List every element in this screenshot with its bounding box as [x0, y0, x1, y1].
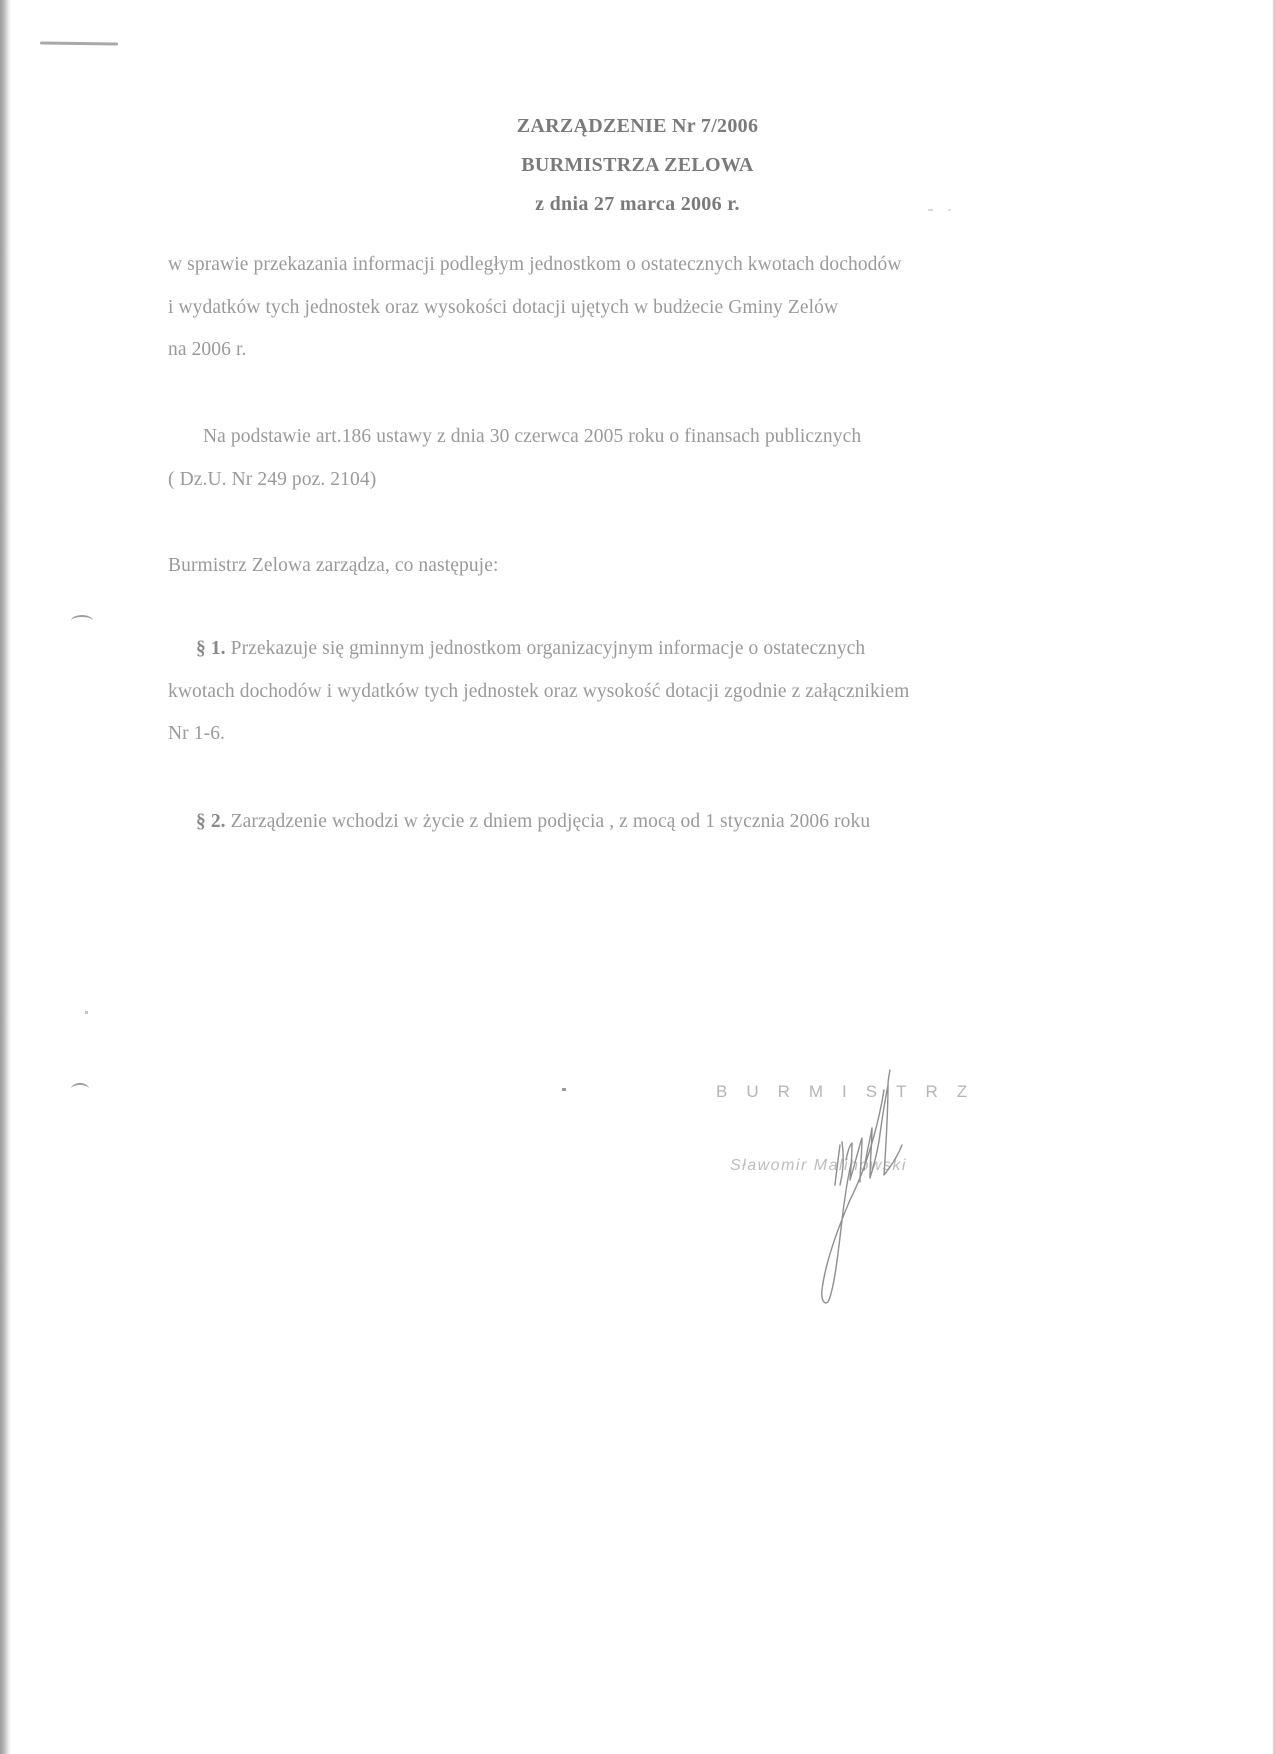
scan-speck [85, 1011, 88, 1014]
signature-icon [780, 1050, 960, 1310]
scan-edge-left [0, 0, 11, 1754]
subject-line: i wydatków tych jednostek oraz wysokości… [168, 297, 838, 319]
document-issuer: BURMISTRZA ZELOWA [0, 146, 1275, 185]
paragraph-1-line: § 1. Przekazuje się gminnym jednostkom o… [196, 638, 865, 660]
document-date: z dnia 27 marca 2006 r. [0, 185, 1275, 224]
paragraph-1-line: Nr 1-6. [168, 723, 225, 745]
paragraph-2-line: § 2. Zarządzenie wchodzi w życie z dniem… [196, 811, 870, 833]
punch-hole-mark [71, 615, 93, 627]
paragraph-1-text: Przekazuje się gminnym jednostkom organi… [226, 638, 866, 659]
document-header: ZARZĄDZENIE Nr 7/2006 BURMISTRZA ZELOWA … [0, 107, 1275, 224]
document-title: ZARZĄDZENIE Nr 7/2006 [0, 107, 1275, 146]
paragraph-2-text: Zarządzenie wchodzi w życie z dniem podj… [226, 811, 871, 832]
legal-basis-line: Na podstawie art.186 ustawy z dnia 30 cz… [203, 426, 861, 448]
subject-line: w sprawie przekazania informacji podległ… [168, 254, 902, 276]
punch-hole-mark [71, 1083, 89, 1095]
scan-speck [562, 1088, 566, 1091]
decree-intro: Burmistrz Zelowa zarządza, co następuje: [168, 555, 498, 577]
paragraph-2-marker: § 2. [196, 811, 226, 832]
paragraph-1-line: kwotach dochodów i wydatków tych jednost… [168, 681, 909, 703]
paragraph-1-marker: § 1. [196, 638, 226, 659]
scan-artifact-line [40, 41, 118, 45]
subject-line: na 2006 r. [168, 339, 246, 361]
legal-basis-line: ( Dz.U. Nr 249 poz. 2104) [168, 469, 376, 491]
